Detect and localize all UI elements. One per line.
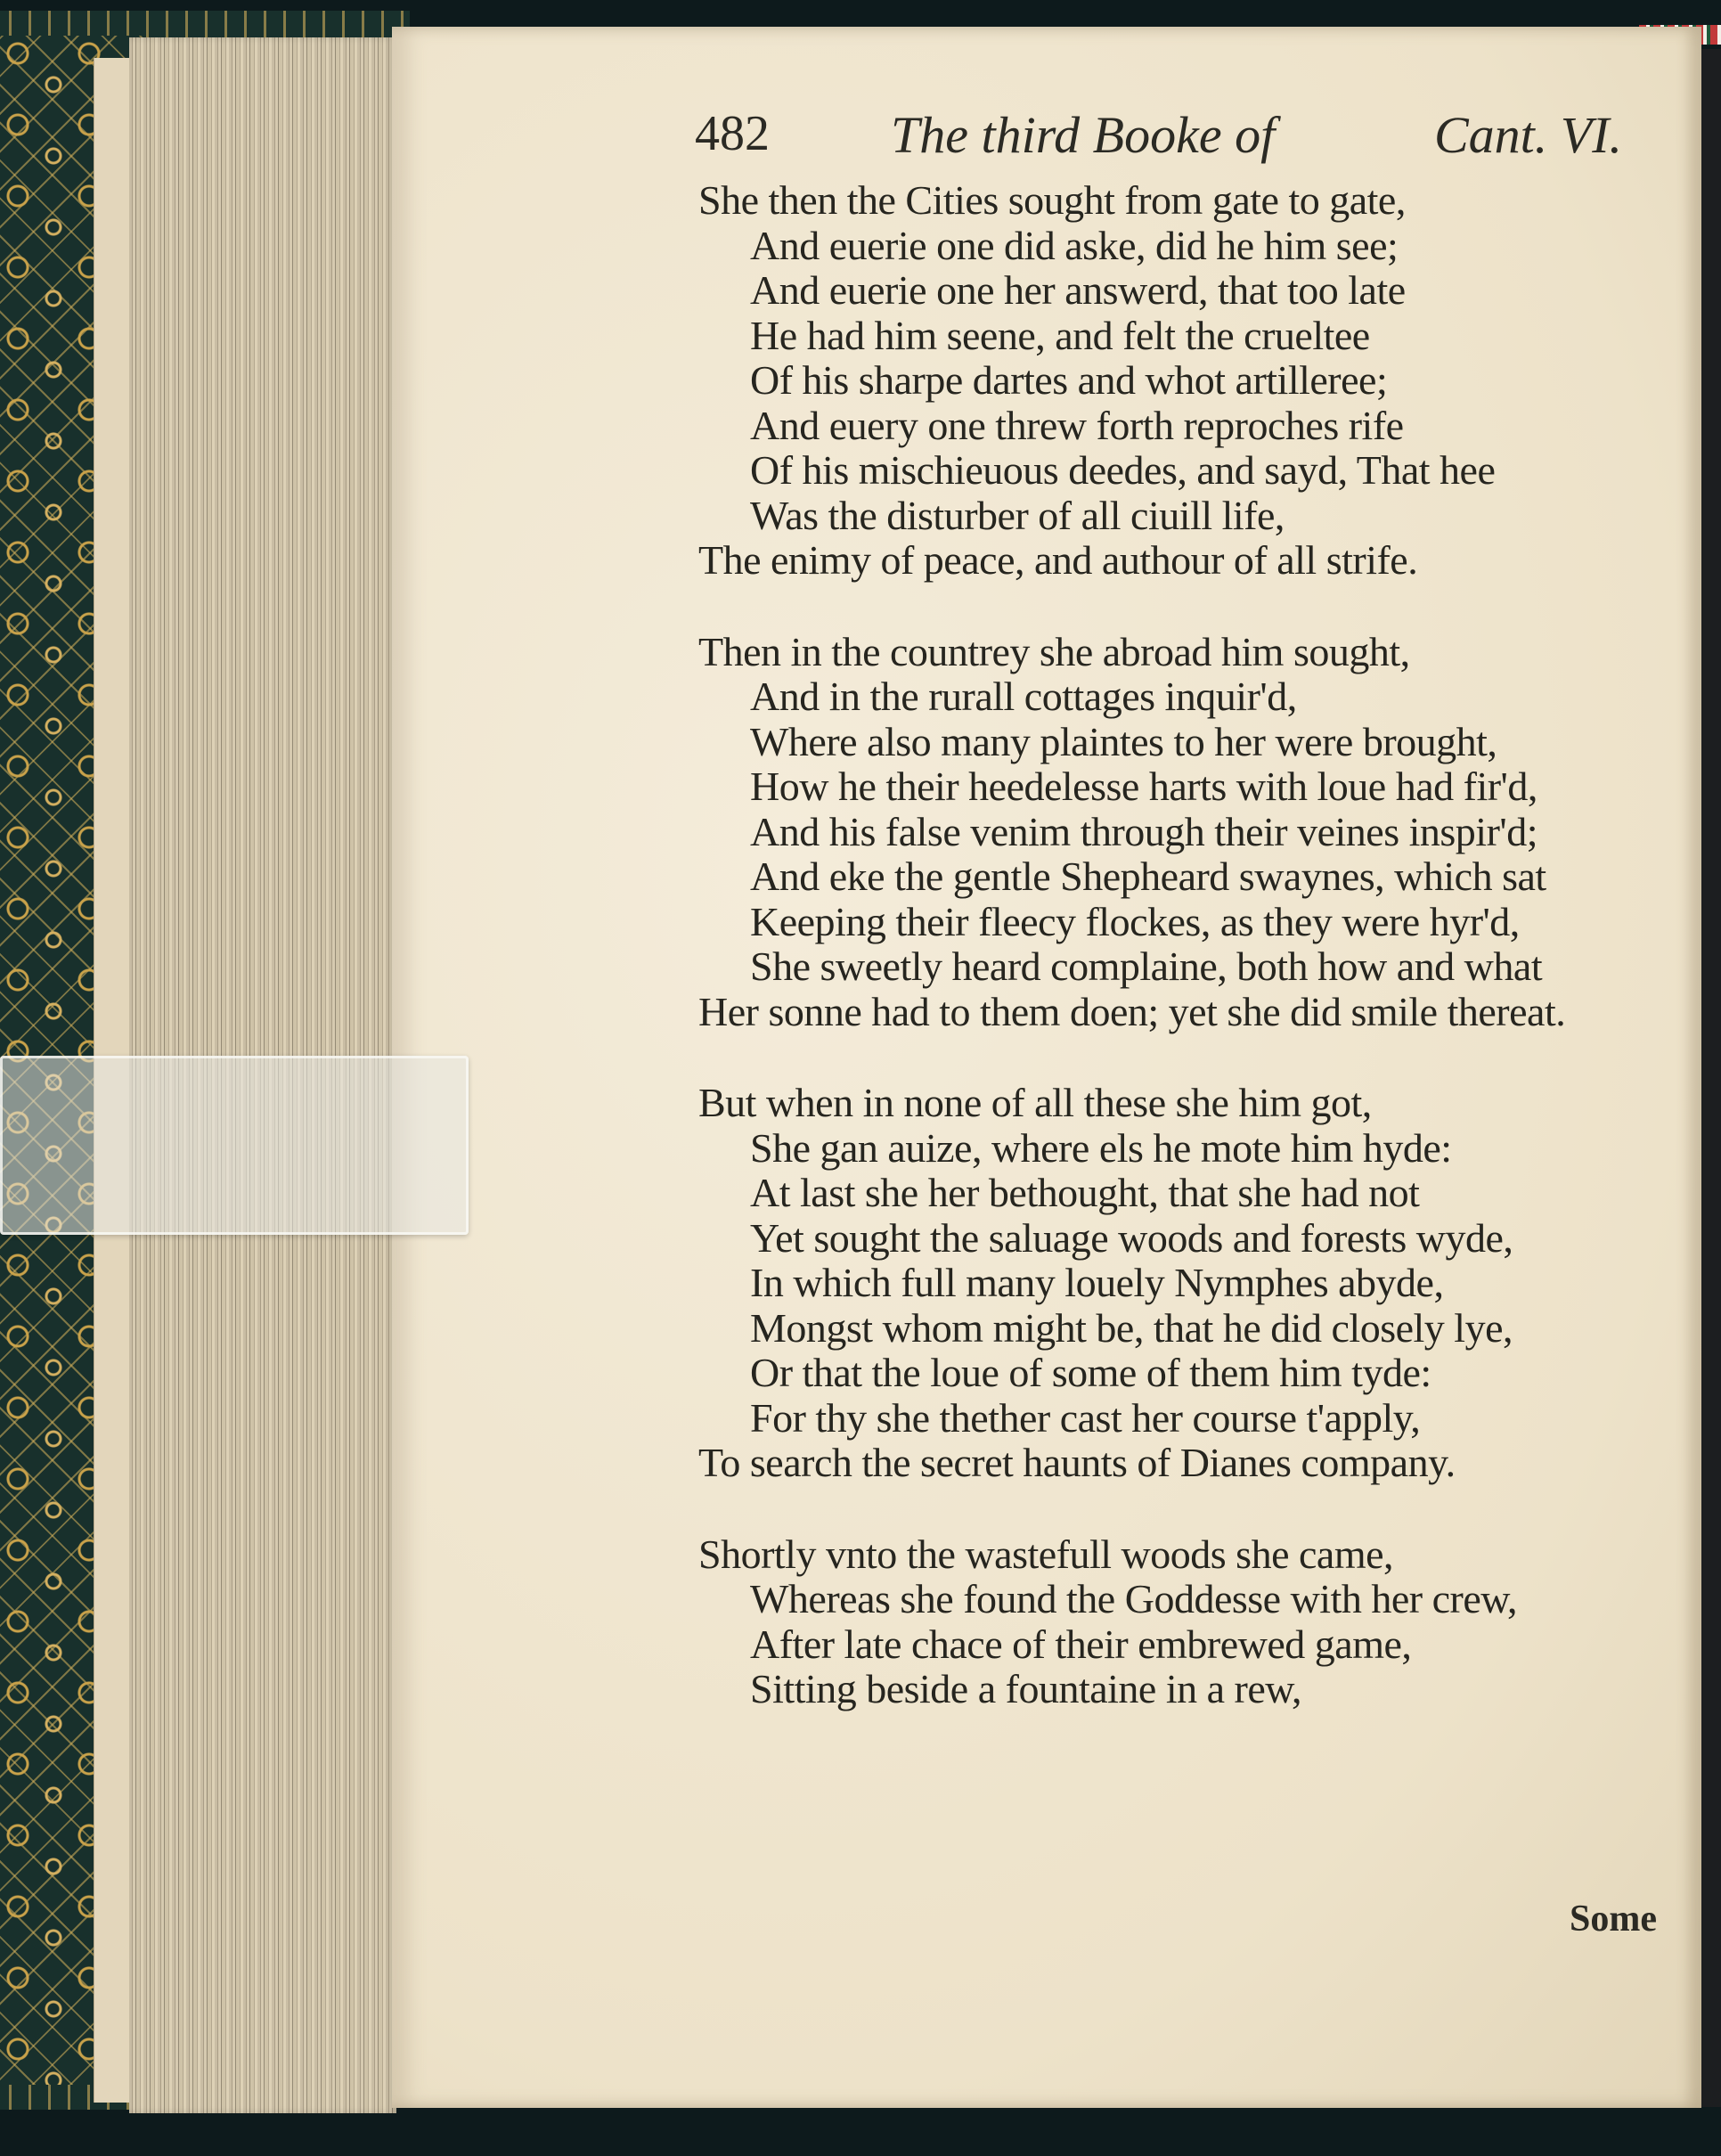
book-title: The third Booke of bbox=[891, 105, 1275, 165]
verse-line: Where also many plaintes to her were bro… bbox=[698, 720, 1678, 765]
verse-line: Yet sought the saluage woods and forests… bbox=[698, 1216, 1678, 1262]
verse-line: Or that the loue of some of them him tyd… bbox=[698, 1351, 1678, 1396]
verse-line: And euery one threw forth reproches rife bbox=[698, 404, 1678, 449]
verse-line: At last she her bethought, that she had … bbox=[698, 1171, 1678, 1216]
verse-line: The enimy of peace, and authour of all s… bbox=[698, 538, 1678, 584]
verse-line: And eke the gentle Shepheard swaynes, wh… bbox=[698, 854, 1678, 900]
verse-line: How he their heedelesse harts with loue … bbox=[698, 764, 1678, 810]
verse-line: She then the Cities sought from gate to … bbox=[698, 178, 1678, 224]
verse-line: She sweetly heard complaine, both how an… bbox=[698, 944, 1678, 990]
verse-line: Was the disturber of all ciuill life, bbox=[698, 494, 1678, 539]
verse-line: And euerie one her answerd, that too lat… bbox=[698, 268, 1678, 314]
acrylic-page-weight bbox=[0, 1056, 469, 1235]
verse-line: Her sonne had to them doen; yet she did … bbox=[698, 990, 1678, 1035]
verse-line: Whereas she found the Goddesse with her … bbox=[698, 1577, 1678, 1622]
verse-text: She then the Cities sought from gate to … bbox=[698, 178, 1678, 1759]
verse-line: She gan auize, where els he mote him hyd… bbox=[698, 1126, 1678, 1172]
verse-line: Mongst whom might be, that he did closel… bbox=[698, 1306, 1678, 1352]
verse-line: In which full many louely Nymphes abyde, bbox=[698, 1261, 1678, 1306]
canto-label: Cant. VI. bbox=[1434, 105, 1622, 165]
verse-line: He had him seene, and felt the crueltee bbox=[698, 314, 1678, 359]
page-number: 482 bbox=[695, 105, 770, 162]
verse-line: Of his mischieuous deedes, and sayd, Tha… bbox=[698, 448, 1678, 494]
verse-line: Then in the countrey she abroad him soug… bbox=[698, 630, 1678, 675]
verse-line: And euerie one did aske, did he him see; bbox=[698, 224, 1678, 269]
verse-line: Shortly vnto the wastefull woods she cam… bbox=[698, 1532, 1678, 1578]
catchword: Some bbox=[1570, 1898, 1657, 1940]
verse-line: And in the rurall cottages inquir'd, bbox=[698, 674, 1678, 720]
verse-line: And his false venim through their veines… bbox=[698, 810, 1678, 855]
verse-line: Keeping their fleecy flockes, as they we… bbox=[698, 900, 1678, 945]
stanza: Shortly vnto the wastefull woods she cam… bbox=[698, 1532, 1678, 1712]
stanza: She then the Cities sought from gate to … bbox=[698, 178, 1678, 584]
verse-line: But when in none of all these she him go… bbox=[698, 1081, 1678, 1126]
verse-line: After late chace of their embrewed game, bbox=[698, 1622, 1678, 1668]
verse-line: To search the secret haunts of Dianes co… bbox=[698, 1441, 1678, 1486]
verse-line: Of his sharpe dartes and whot artilleree… bbox=[698, 358, 1678, 404]
stanza: Then in the countrey she abroad him soug… bbox=[698, 630, 1678, 1035]
running-head: 482 The third Booke of Cant. VI. bbox=[690, 105, 1635, 176]
verse-line: For thy she thether cast her course t'ap… bbox=[698, 1396, 1678, 1441]
stanza: But when in none of all these she him go… bbox=[698, 1081, 1678, 1486]
verse-line: Sitting beside a fountaine in a rew, bbox=[698, 1667, 1678, 1712]
